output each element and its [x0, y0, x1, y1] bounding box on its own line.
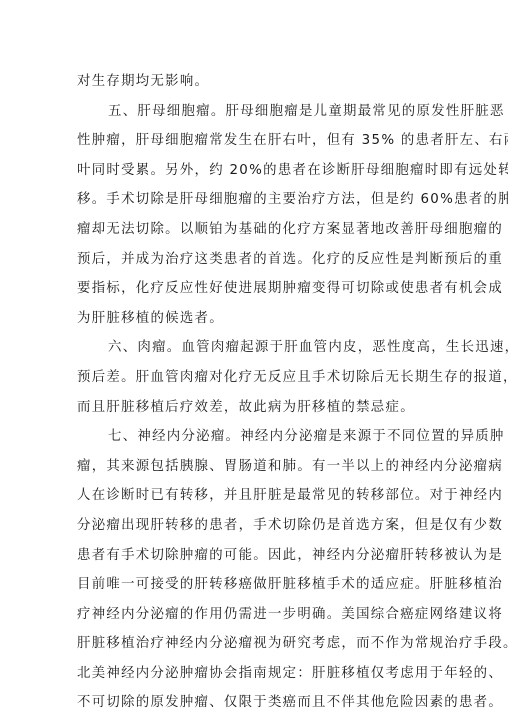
paragraph-heading-line: 六、肉瘤。血管肉瘤起源于肝血管内皮，恶性度高，生长迅速，	[77, 336, 437, 366]
text-line: 性肿瘤，肝母细胞瘤常发生在肝右叶，但有 35% 的患者肝左、右两	[77, 129, 437, 159]
text-line: 人在诊断时已有转移，并且肝脏是最常见的转移部位。对于神经内	[77, 484, 437, 514]
text-line: 目前唯一可接受的肝转移癌做肝脏移植手术的适应症。肝脏移植治	[77, 573, 437, 603]
text-line: 移。手术切除是肝母细胞瘤的主要治疗方法，但是约 60%患者的肿	[77, 188, 437, 218]
text-line: 预后差。肝血管肉瘤对化疗无反应且手术切除后无长期生存的报道，	[77, 366, 437, 396]
text-line: 瘤，其来源包括胰腺、胃肠道和肺。有一半以上的神经内分泌瘤病	[77, 455, 437, 485]
text-line: 北美神经内分泌肿瘤协会指南规定：肝脏移植仅考虑用于年轻的、	[77, 662, 437, 692]
paragraph-heading-line: 七、神经内分泌瘤。神经内分泌瘤是来源于不同位置的异质肿	[77, 425, 437, 455]
text-line: 分泌瘤出现肝转移的患者，手术切除仍是首选方案，但是仅有少数	[77, 514, 437, 544]
text-line: 不可切除的原发肿瘤、仅限于类癌而且不伴其他危险因素的患者。	[77, 691, 437, 720]
text-line: 为肝脏移植的候选者。	[77, 307, 437, 337]
text-line: 患者有手术切除肿瘤的可能。因此，神经内分泌瘤肝转移被认为是	[77, 544, 437, 574]
text-line: 要指标，化疗反应性好使进展期肿瘤变得可切除或使患者有机会成	[77, 277, 437, 307]
text-line: 疗神经内分泌瘤的作用仍需进一步明确。美国综合癌症网络建议将	[77, 603, 437, 633]
text-line: 预后，并成为治疗这类患者的首选。化疗的反应性是判断预后的重	[77, 248, 437, 278]
paragraph-heading-line: 五、肝母细胞瘤。肝母细胞瘤是儿童期最常见的原发性肝脏恶	[77, 100, 437, 130]
text-line: 肝脏移植治疗神经内分泌瘤视为研究考虑，而不作为常规治疗手段。	[77, 632, 437, 662]
text-line: 瘤却无法切除。以顺铂为基础的化疗方案显著地改善肝母细胞瘤的	[77, 218, 437, 248]
text-line: 叶同时受累。另外，约 20%的患者在诊断肝母细胞瘤时即有远处转	[77, 159, 437, 189]
document-page: 对生存期均无影响。 五、肝母细胞瘤。肝母细胞瘤是儿童期最常见的原发性肝脏恶 性肿…	[77, 70, 437, 720]
text-line: 对生存期均无影响。	[77, 70, 437, 100]
text-line: 而且肝脏移植后疗效差，故此病为肝移植的禁忌症。	[77, 396, 437, 426]
